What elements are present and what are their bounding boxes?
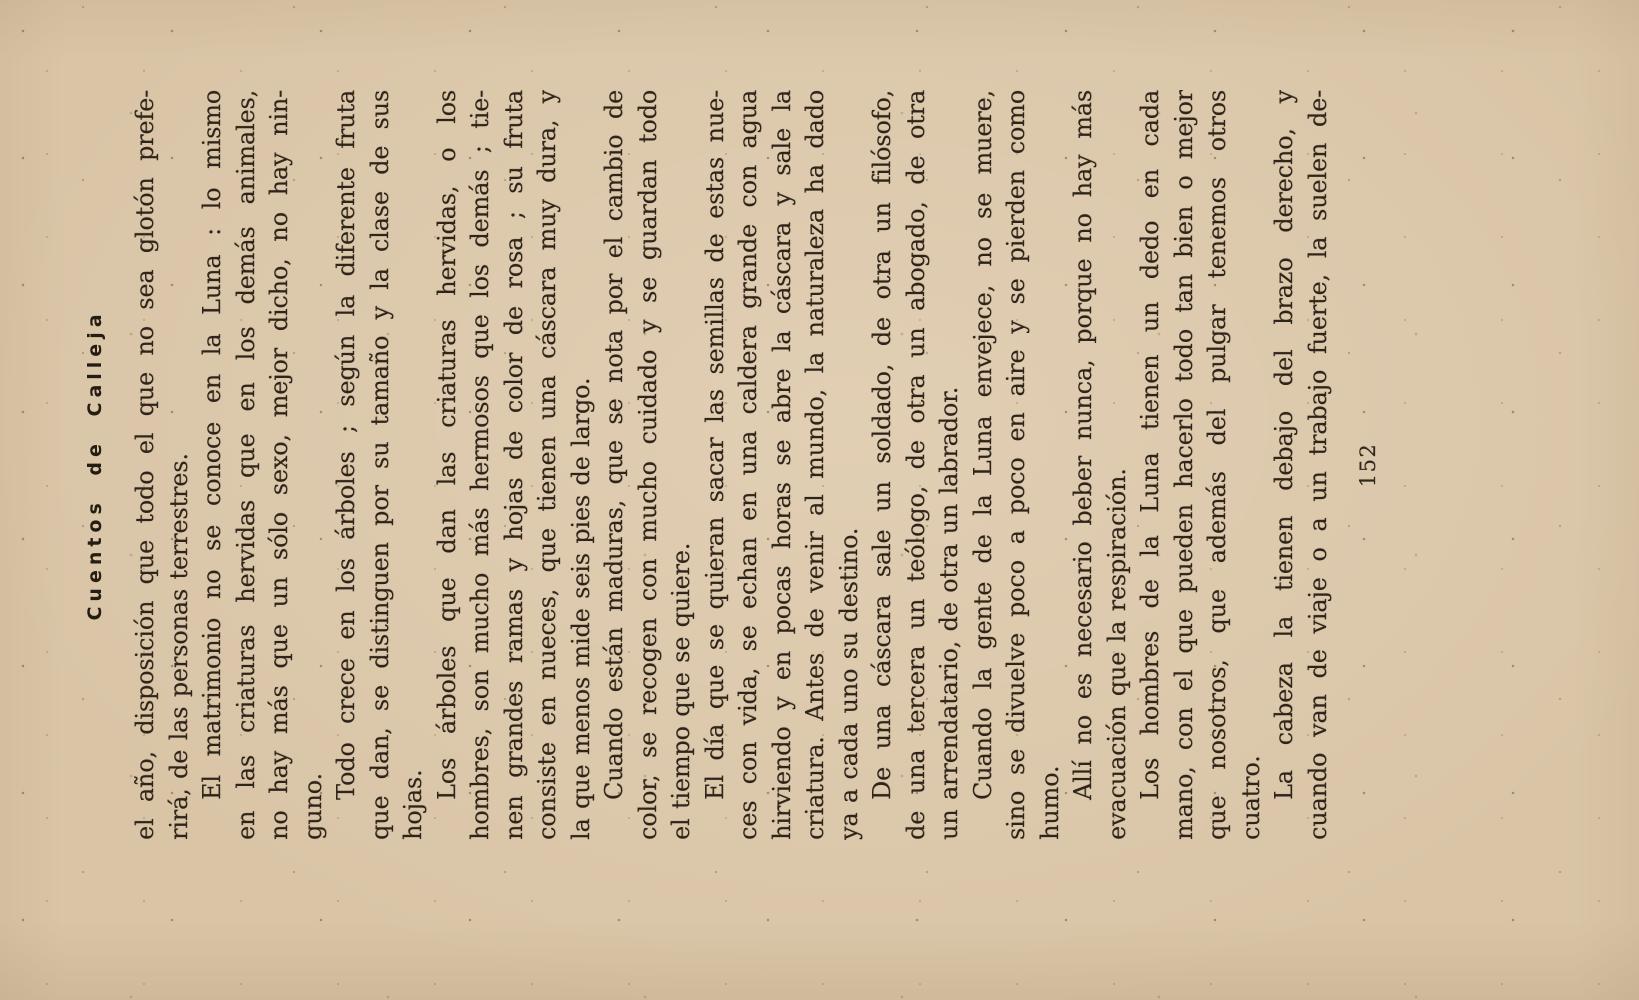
text-line: De una cáscara sale un soldado, de otra … xyxy=(866,90,900,840)
book-page: Cuentos de Calleja el año, disposición q… xyxy=(0,0,1639,1000)
paragraph: Cuando la gente de la Luna envejece, no … xyxy=(967,90,1068,840)
page-number: 152 xyxy=(1356,90,1380,840)
text-line: el tiempo que se quiere. xyxy=(665,90,699,840)
text-line: ya a cada uno su destino. xyxy=(833,90,867,840)
text-line: en las criaturas hervidas que en los dem… xyxy=(230,90,264,840)
paragraph: De una cáscara sale un soldado, de otra … xyxy=(866,90,967,840)
running-head: Cuentos de Calleja xyxy=(84,90,106,840)
page-text: el año, disposición que todo el que no s… xyxy=(129,90,1335,840)
paragraph: El matrimonio no se conoce en la Luna : … xyxy=(196,90,330,840)
text-line: que dan, se distinguen por su tamaño y l… xyxy=(364,90,398,840)
text-line: Cuando están maduras, que se nota por el… xyxy=(598,90,632,840)
paragraph: La cabeza la tienen debajo del brazo der… xyxy=(1268,90,1335,840)
text-line: Los árboles que dan las criaturas hervid… xyxy=(431,90,465,840)
text-line: la que menos mide seis pies de largo. xyxy=(565,90,599,840)
paragraph: El día que se quieran sacar las semillas… xyxy=(699,90,867,840)
text-line: consiste en nueces, que tienen una cásca… xyxy=(531,90,565,840)
text-line: Cuando la gente de la Luna envejece, no … xyxy=(967,90,1001,840)
text-line: el año, disposición que todo el que no s… xyxy=(129,90,163,840)
text-line: que nosotros, que además del pulgar tene… xyxy=(1201,90,1235,840)
paragraph: Los hombres de la Luna tienen un dedo en… xyxy=(1134,90,1268,840)
text-line: un arrendatario, de otra un labrador. xyxy=(933,90,967,840)
text-line: cuatro. xyxy=(1235,90,1269,840)
text-line: color, se recogen con mucho cuidado y se… xyxy=(632,90,666,840)
text-line: evacuación que la respiración. xyxy=(1101,90,1135,840)
text-line: criatura. Antes de venir al mundo, la na… xyxy=(799,90,833,840)
text-line: Allí no es necesario beber nunca, porque… xyxy=(1067,90,1101,840)
text-line: guno. xyxy=(297,90,331,840)
text-line: humo. xyxy=(1034,90,1068,840)
paragraph: Los árboles que dan las criaturas hervid… xyxy=(431,90,599,840)
text-line: mano, con el que pueden hacerlo todo tan… xyxy=(1168,90,1202,840)
text-line: hojas. xyxy=(397,90,431,840)
text-line: no hay más que un sólo sexo, mejor dicho… xyxy=(263,90,297,840)
text-line: nen grandes ramas y hojas de color de ro… xyxy=(498,90,532,840)
paragraph: Allí no es necesario beber nunca, porque… xyxy=(1067,90,1134,840)
text-line: El día que se quieran sacar las semillas… xyxy=(699,90,733,840)
text-line: sino se divuelve poco a poco en aire y s… xyxy=(1000,90,1034,840)
text-line: El matrimonio no se conoce en la Luna : … xyxy=(196,90,230,840)
text-line: hirviendo y en pocas horas se abre la cá… xyxy=(766,90,800,840)
text-line: Todo crece en los árboles ; según la dif… xyxy=(330,90,364,840)
text-line: hombres, son mucho más hermosos que los … xyxy=(464,90,498,840)
text-line: Los hombres de la Luna tienen un dedo en… xyxy=(1134,90,1168,840)
paragraph: Cuando están maduras, que se nota por el… xyxy=(598,90,699,840)
scan-background: { "page": { "header": "Cuentos de Callej… xyxy=(0,0,1639,1000)
text-line: cuando van de viaje o a un trabajo fuert… xyxy=(1302,90,1336,840)
paragraph: el año, disposición que todo el que no s… xyxy=(129,90,196,840)
paragraph: Todo crece en los árboles ; según la dif… xyxy=(330,90,431,840)
text-line: rirá, de las personas terrestres. xyxy=(163,90,197,840)
text-line: ces con vida, se echan en una caldera gr… xyxy=(732,90,766,840)
text-line: La cabeza la tienen debajo del brazo der… xyxy=(1268,90,1302,840)
text-line: de una tercera un teólogo, de otra un ab… xyxy=(900,90,934,840)
